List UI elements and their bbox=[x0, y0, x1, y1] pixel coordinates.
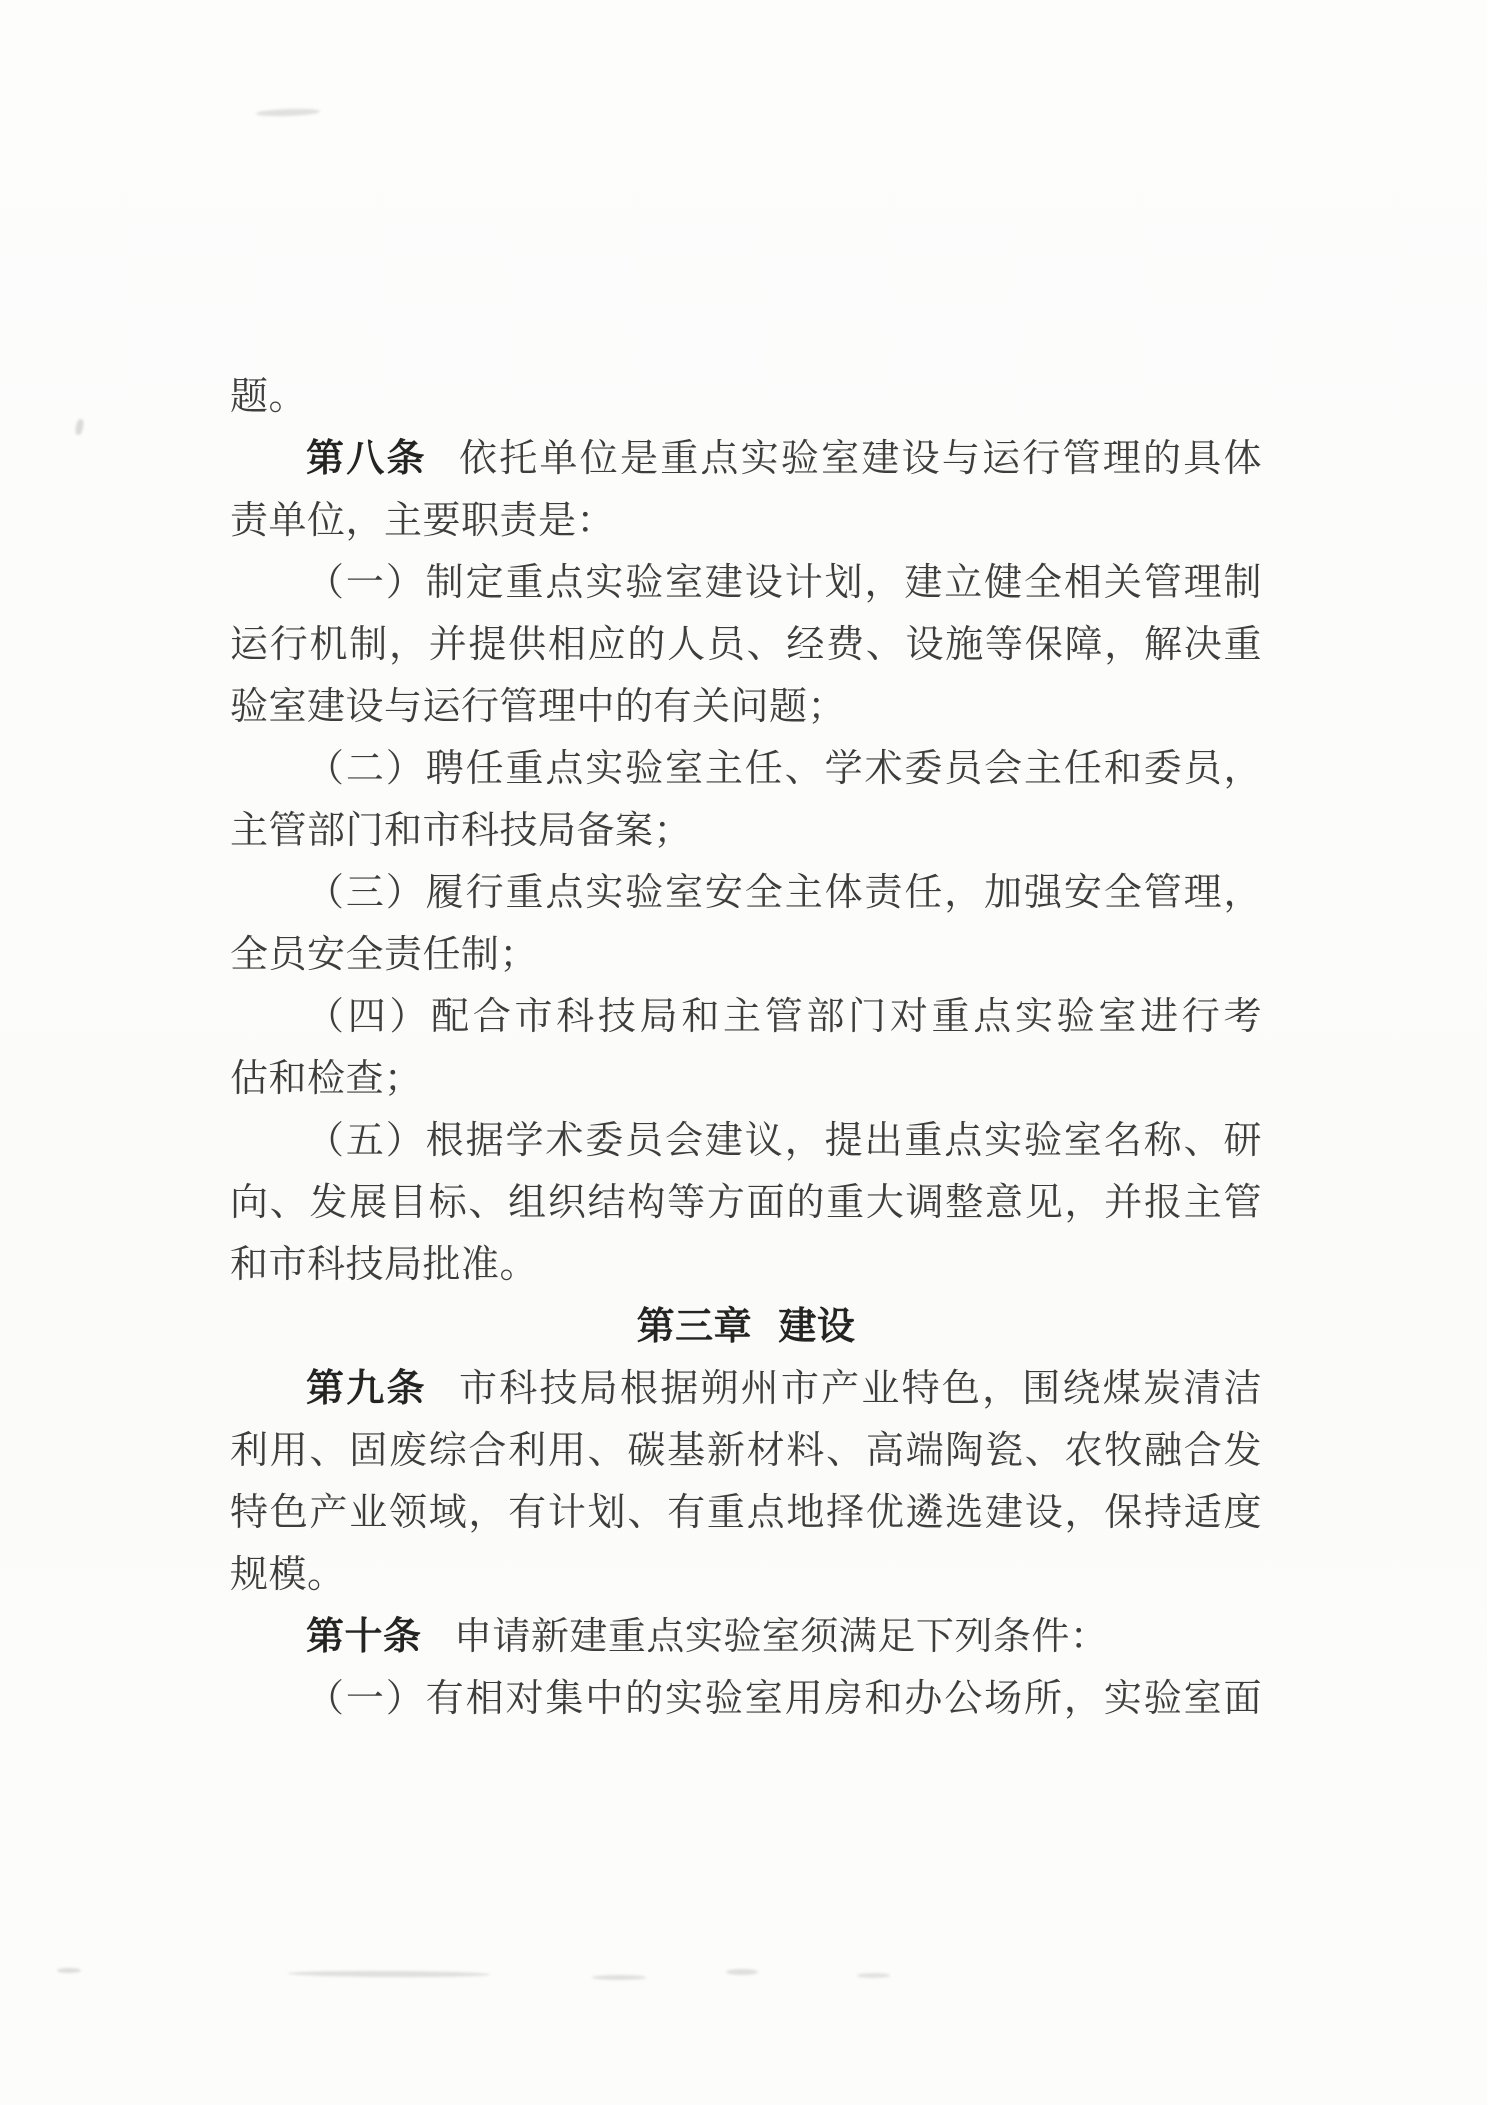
text-line: 利用、固废综合利用、碳基新材料、高端陶瓷、农牧融合发展等 bbox=[230, 1420, 1262, 1482]
text-line: 规模。 bbox=[230, 1544, 1262, 1606]
chapter-heading: 第三章 建设 bbox=[230, 1296, 1262, 1358]
text-line: 验室建设与运行管理中的有关问题； bbox=[230, 676, 1262, 738]
text-line: （一）制定重点实验室建设计划，建立健全相关管理制度和 bbox=[230, 552, 1262, 614]
scan-smudge-top bbox=[256, 108, 320, 117]
scan-mark-left-margin bbox=[74, 418, 84, 435]
article-text: 申请新建重点实验室须满足下列条件： bbox=[454, 1616, 1109, 1658]
scan-smudge-bottom-4 bbox=[726, 1969, 758, 1975]
text-line: （五）根据学术委员会建议，提出重点实验室名称、研究方 bbox=[230, 1110, 1262, 1172]
text-line: （二）聘任重点实验室主任、学术委员会主任和委员，并报 bbox=[230, 738, 1262, 800]
scan-smudge-bottom-2 bbox=[288, 1970, 490, 1977]
text-line: 全员安全责任制； bbox=[230, 924, 1262, 986]
text-line: （一）有相对集中的实验室用房和办公场所，实验室面积在 bbox=[230, 1668, 1262, 1730]
text-line: 估和检查； bbox=[230, 1048, 1262, 1110]
text-line: 运行机制，并提供相应的人员、经费、设施等保障，解决重点实 bbox=[230, 614, 1262, 676]
article-number: 第十条 bbox=[306, 1616, 422, 1658]
document-page: 题。第八条依托单位是重点实验室建设与运行管理的具体负责单位，主要职责是：（一）制… bbox=[0, 0, 1487, 2105]
text-line: （三）履行重点实验室安全主体责任，加强安全管理，建立 bbox=[230, 862, 1262, 924]
scan-smudge-bottom-1 bbox=[57, 1968, 81, 1973]
text-line: （四）配合市科技局和主管部门对重点实验室进行考核、评 bbox=[230, 986, 1262, 1048]
text-line: 特色产业领域，有计划、有重点地择优遴选建设，保持适度建设 bbox=[230, 1482, 1262, 1544]
scan-smudge-bottom-5 bbox=[857, 1973, 890, 1978]
text-line: 题。 bbox=[230, 366, 1262, 428]
article-number: 第八条 bbox=[306, 438, 427, 480]
text-line: 和市科技局批准。 bbox=[230, 1234, 1262, 1296]
scan-smudge-bottom-3 bbox=[592, 1975, 646, 1980]
text-line: 主管部门和市科技局备案； bbox=[230, 800, 1262, 862]
text-line: 责单位，主要职责是： bbox=[230, 490, 1262, 552]
text-line: 第九条市科技局根据朔州市产业特色，围绕煤炭清洁高效 bbox=[230, 1358, 1262, 1420]
text-line: 向、发展目标、组织结构等方面的重大调整意见，并报主管部门 bbox=[230, 1172, 1262, 1234]
text-block: 题。第八条依托单位是重点实验室建设与运行管理的具体负责单位，主要职责是：（一）制… bbox=[230, 366, 1262, 1730]
text-line: 第八条依托单位是重点实验室建设与运行管理的具体负 bbox=[230, 428, 1262, 490]
text-line: 第十条申请新建重点实验室须满足下列条件： bbox=[230, 1606, 1262, 1668]
article-number: 第九条 bbox=[306, 1368, 427, 1410]
